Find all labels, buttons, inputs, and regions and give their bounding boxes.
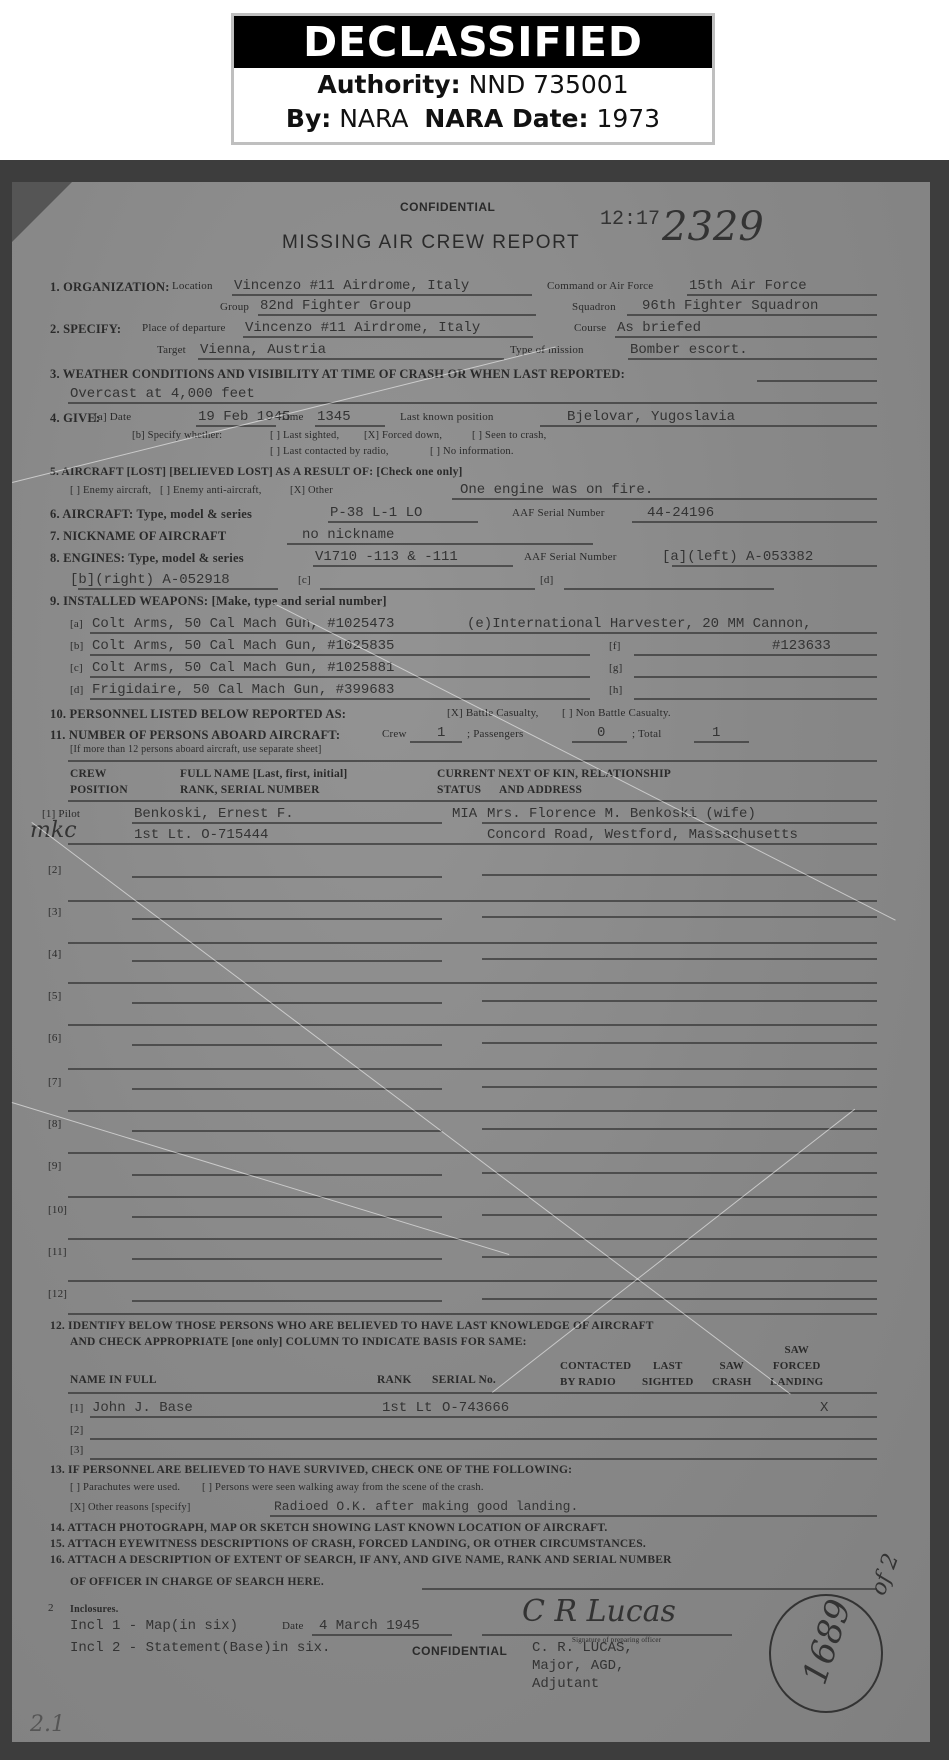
rule [90, 1458, 877, 1460]
rule [90, 698, 590, 700]
s9-weapon-c-tag: [c] [70, 662, 83, 674]
rule [452, 498, 877, 500]
s12-row-1-forced-landing-mark: X [820, 1400, 828, 1416]
rule [328, 521, 478, 523]
rule [757, 380, 877, 382]
inclosure-2: Incl 2 - Statement(Base)in six. [70, 1640, 330, 1656]
s12-header-contacted-by-radio: CONTACTED BY RADIO [560, 1358, 631, 1390]
crew-col-header-3a: CURRENT NEXT OF KIN, RELATIONSHIP [437, 768, 671, 780]
s2-label: 2. SPECIFY: [50, 322, 121, 337]
s11-crew-label: Crew [382, 728, 407, 740]
s4-label: 4. GIVE: [50, 411, 100, 426]
s7-label: 7. NICKNAME OF AIRCRAFT [50, 529, 226, 544]
s9-weapon-h-tag: [h] [609, 684, 622, 696]
inclosures-count: 2 [48, 1602, 54, 1614]
footer-date-value: 4 March 1945 [319, 1618, 420, 1634]
s7-value: no nickname [302, 527, 394, 543]
s4-time-value: 1345 [317, 409, 351, 425]
s12-header-saw-crash: SAW CRASH [712, 1358, 752, 1390]
s12-row-1-name: John J. Base [92, 1400, 193, 1416]
officer-name: C. R. LUCAS, [532, 1640, 633, 1656]
s6-serial-label: AAF Serial Number [512, 507, 605, 519]
s4-option-forced-down: [X] Forced down, [364, 430, 442, 441]
scan-scratch [31, 822, 790, 1395]
s9-weapon-d: Frigidaire, 50 Cal Mach Gun, #399683 [92, 682, 394, 698]
s12-header-last-sighted: LAST SIGHTED [642, 1358, 694, 1390]
s4-option-no-information: [ ] No information. [430, 446, 514, 457]
s11-note: [If more than 12 persons aboard aircraft… [70, 744, 322, 755]
crew-row-num: [4] [48, 948, 61, 960]
s8-engine-a: [a](left) A-053382 [662, 549, 813, 565]
handwritten-macr-number: 2329 [662, 204, 764, 250]
s6-type-value: P-38 L-1 LO [330, 505, 422, 521]
crew-row-num: [10] [48, 1204, 67, 1216]
rule [634, 698, 877, 700]
s5-option-enemy-anti-aircraft: [ ] Enemy anti-aircraft, [160, 485, 262, 496]
s6-serial-value: 44-24196 [647, 505, 714, 521]
s1-squadron-label: Squadron [572, 301, 616, 313]
s9-weapon-d-tag: [d] [70, 684, 83, 696]
rule [243, 336, 533, 338]
crew-col-header-2b: RANK, SERIAL NUMBER [180, 784, 320, 796]
rule [540, 425, 877, 427]
s4-position-label: Last known position [400, 411, 494, 423]
s9-weapon-a-tag: [a] [70, 618, 83, 630]
classification-top: CONFIDENTIAL [400, 200, 495, 214]
crew-row-num: [5] [48, 990, 61, 1002]
typed-report-number: 12:17 [600, 208, 660, 231]
rule [572, 741, 627, 743]
s11-passengers-value: 0 [597, 725, 605, 741]
s8-type-value: V1710 -113 & -111 [315, 549, 458, 565]
s8-engine-c-label: [c] [298, 574, 311, 586]
s12-header-name: NAME IN FULL [70, 1374, 157, 1386]
s11-total-label: ; Total [632, 728, 661, 740]
s2-departure-label: Place of departure [142, 322, 226, 334]
s12-header-serial: SERIAL No. [432, 1374, 496, 1386]
s8-engine-d-label: [d] [540, 574, 553, 586]
s11-crew-value: 1 [437, 725, 445, 741]
s12-header-rank: RANK [377, 1374, 412, 1386]
s1-label: 1. ORGANIZATION: [50, 280, 170, 295]
s1-location-value: Vincenzo #11 Airdrome, Italy [234, 278, 469, 294]
rule [68, 1392, 877, 1394]
s2-course-value: As briefed [617, 320, 701, 336]
rule [90, 676, 590, 678]
s10-label: 10. PERSONNEL LISTED BELOW REPORTED AS: [50, 707, 346, 722]
rule [68, 1313, 877, 1315]
s13-option-parachutes: [ ] Parachutes were used. [70, 1482, 180, 1493]
crew-row-1-rank-serial: 1st Lt. O-715444 [134, 827, 268, 843]
s12-label-1: 12. IDENTIFY BELOW THOSE PERSONS WHO ARE… [50, 1320, 654, 1332]
rule [90, 632, 877, 634]
inclosure-1: Incl 1 - Map(in six) [70, 1618, 238, 1634]
crew-col-header-3b: STATUS AND ADDRESS [437, 784, 582, 796]
rule [615, 336, 877, 338]
s9-weapon-c: Colt Arms, 50 Cal Mach Gun, #1025881 [92, 660, 394, 676]
rule [90, 1438, 877, 1440]
s1-location-label: Location [172, 280, 213, 292]
s12-row-2-num: [2] [70, 1424, 83, 1436]
rule [270, 1515, 877, 1517]
rule [312, 1634, 452, 1636]
s8-serial-label: AAF Serial Number [524, 551, 617, 563]
s14-label: 14. ATTACH PHOTOGRAPH, MAP OR SKETCH SHO… [50, 1522, 607, 1534]
s3-label: 3. WEATHER CONDITIONS AND VISIBILITY AT … [50, 367, 625, 382]
report-title: MISSING AIR CREW REPORT [282, 232, 580, 254]
s9-weapon-f-tag: [f] [609, 640, 621, 652]
s13-option-other: [X] Other reasons [specify] [70, 1502, 191, 1513]
officer-title: Adjutant [532, 1676, 599, 1692]
rule [564, 588, 774, 590]
s4-option-last-contacted: [ ] Last contacted by radio, [270, 446, 389, 457]
missing-air-crew-report: CONFIDENTIAL MISSING AIR CREW REPORT 12:… [12, 182, 930, 1742]
rule [68, 800, 877, 802]
s1-squadron-value: 96th Fighter Squadron [642, 298, 818, 314]
s4-specify-label: [b] Specify whether: [132, 430, 222, 441]
s11-total-value: 1 [712, 725, 720, 741]
s1-command-value: 15th Air Force [689, 278, 807, 294]
rule [320, 588, 535, 590]
s12-row-1-serial: O-743666 [442, 1400, 509, 1416]
rule [410, 741, 462, 743]
crew-row-num: [12] [48, 1288, 67, 1300]
rule [198, 358, 504, 360]
s13-other-value: Radioed O.K. after making good landing. [274, 1499, 578, 1514]
crew-col-header-2a: FULL NAME [Last, first, initial] [180, 768, 347, 780]
s9-weapon-f: #123633 [772, 638, 831, 654]
scanned-document-background: CONFIDENTIAL MISSING AIR CREW REPORT 12:… [0, 160, 949, 1760]
crew-row-num: [6] [48, 1032, 61, 1044]
rule [313, 565, 513, 567]
crew-row-num: [9] [48, 1160, 61, 1172]
s1-group-label: Group [220, 301, 249, 313]
crew-row-1-name: Benkoski, Ernest F. [134, 806, 294, 822]
crew-row-num: [8] [48, 1118, 61, 1130]
s1-command-label: Command or Air Force [547, 280, 653, 292]
rule [694, 741, 749, 743]
rule [78, 588, 278, 590]
s4-option-seen-to-crash: [ ] Seen to crash, [472, 430, 546, 441]
crew-row-num: [2] [48, 864, 61, 876]
crew-row-num: [7] [48, 1076, 61, 1088]
s16-label-2: OF OFFICER IN CHARGE OF SEARCH HERE. [70, 1576, 324, 1588]
s11-passengers-label: ; Passengers [467, 728, 523, 740]
s15-label: 15. ATTACH EYEWITNESS DESCRIPTIONS OF CR… [50, 1538, 646, 1550]
rule [634, 676, 877, 678]
s5-other-value: One engine was on fire. [460, 482, 653, 498]
s12-row-1-rank: 1st Lt [382, 1400, 432, 1416]
s9-label: 9. INSTALLED WEAPONS: [Make, type and se… [50, 594, 387, 609]
s4-option-last-sighted: [ ] Last sighted, [270, 430, 339, 441]
rule [232, 294, 532, 296]
rule [627, 314, 877, 316]
rule [68, 402, 877, 404]
s16-label-1: 16. ATTACH A DESCRIPTION OF EXTENT OF SE… [50, 1554, 672, 1566]
officer-signature: C R Lucas [522, 1594, 676, 1629]
rule [90, 654, 590, 656]
inclosures-label: Inclosures. [70, 1604, 118, 1615]
s12-label-2: AND CHECK APPROPRIATE [one only] COLUMN … [70, 1336, 527, 1348]
classification-bottom: CONFIDENTIAL [412, 1644, 507, 1658]
rule [422, 1588, 877, 1590]
crew-row-num: [11] [48, 1246, 67, 1258]
report-page: CONFIDENTIAL MISSING AIR CREW REPORT 12:… [12, 182, 930, 1742]
stamp-authority: Authority: NND 735001 [234, 68, 712, 102]
s2-departure-value: Vincenzo #11 Airdrome, Italy [245, 320, 480, 336]
crew-row-1-address: Concord Road, Westford, Massachusetts [487, 827, 798, 843]
crew-row-1-status: MIA [452, 806, 477, 822]
officer-rank: Major, AGD, [532, 1658, 624, 1674]
s10-option-non-battle-casualty: [ ] Non Battle Casualty. [562, 707, 671, 719]
rule [687, 294, 877, 296]
s5-option-other: [X] Other [290, 485, 333, 496]
rule [634, 654, 877, 656]
rule [68, 843, 877, 845]
s4-date-label: [a] Date [94, 411, 131, 423]
crew-col-header-1b: POSITION [70, 784, 128, 796]
rule [132, 822, 442, 824]
rule [68, 760, 877, 762]
s9-weapon-a: Colt Arms, 50 Cal Mach Gun, #1025473 [92, 616, 394, 632]
stamp-title: DECLASSIFIED [234, 16, 712, 68]
s8-label: 8. ENGINES: Type, model & series [50, 551, 244, 566]
s6-label: 6. AIRCRAFT: Type, model & series [50, 507, 252, 522]
footer-date-label: Date [282, 1620, 304, 1632]
s2-target-value: Vienna, Austria [200, 342, 326, 358]
s13-option-walking-away: [ ] Persons were seen walking away from … [202, 1482, 484, 1493]
stamp-by-date: By: NARA NARA Date: 1973 [234, 102, 712, 136]
s11-label: 11. NUMBER OF PERSONS ABOARD AIRCRAFT: [50, 728, 340, 743]
s12-row-3-num: [3] [70, 1444, 83, 1456]
rule [315, 425, 385, 427]
rule [287, 543, 593, 545]
s5-label: 5. AIRCRAFT [LOST] [BELIEVED LOST] AS A … [50, 466, 463, 478]
s1-group-value: 82nd Fighter Group [260, 298, 411, 314]
crew-col-header-1a: CREW [70, 768, 107, 780]
rule [628, 358, 877, 360]
s2-course-label: Course [574, 322, 606, 334]
s3-value: Overcast at 4,000 feet [70, 386, 255, 402]
s10-option-battle-casualty: [X] Battle Casualty, [447, 707, 539, 719]
declassified-stamp: DECLASSIFIED Authority: NND 735001 By: N… [231, 13, 715, 145]
rule [258, 314, 536, 316]
s12-header-saw-forced-landing: SAW FORCED LANDING [770, 1342, 823, 1390]
s4-position-value: Bjelovar, Yugoslavia [567, 409, 735, 425]
s9-weapon-e: (e)International Harvester, 20 MM Cannon… [467, 616, 811, 632]
bottom-left-note: 2.1 [30, 1712, 65, 1737]
s13-label: 13. IF PERSONNEL ARE BELIEVED TO HAVE SU… [50, 1464, 572, 1476]
s2-mission-value: Bomber escort. [630, 342, 748, 358]
s5-option-enemy-aircraft: [ ] Enemy aircraft, [70, 485, 151, 496]
s12-row-1-num: [1] [70, 1402, 83, 1414]
s9-weapon-b-tag: [b] [70, 640, 83, 652]
s8-engine-b: [b](right) A-052918 [70, 572, 230, 588]
crew-row-num: [3] [48, 906, 61, 918]
rule [90, 1416, 877, 1418]
rule [482, 822, 877, 824]
rule [672, 565, 877, 567]
s2-target-label: Target [157, 344, 186, 356]
crew-row-1-kin: Mrs. Florence M. Benkoski (wife) [487, 806, 756, 822]
s9-weapon-g-tag: [g] [609, 662, 622, 674]
margin-note: of 2 [866, 1550, 904, 1598]
rule [632, 521, 877, 523]
